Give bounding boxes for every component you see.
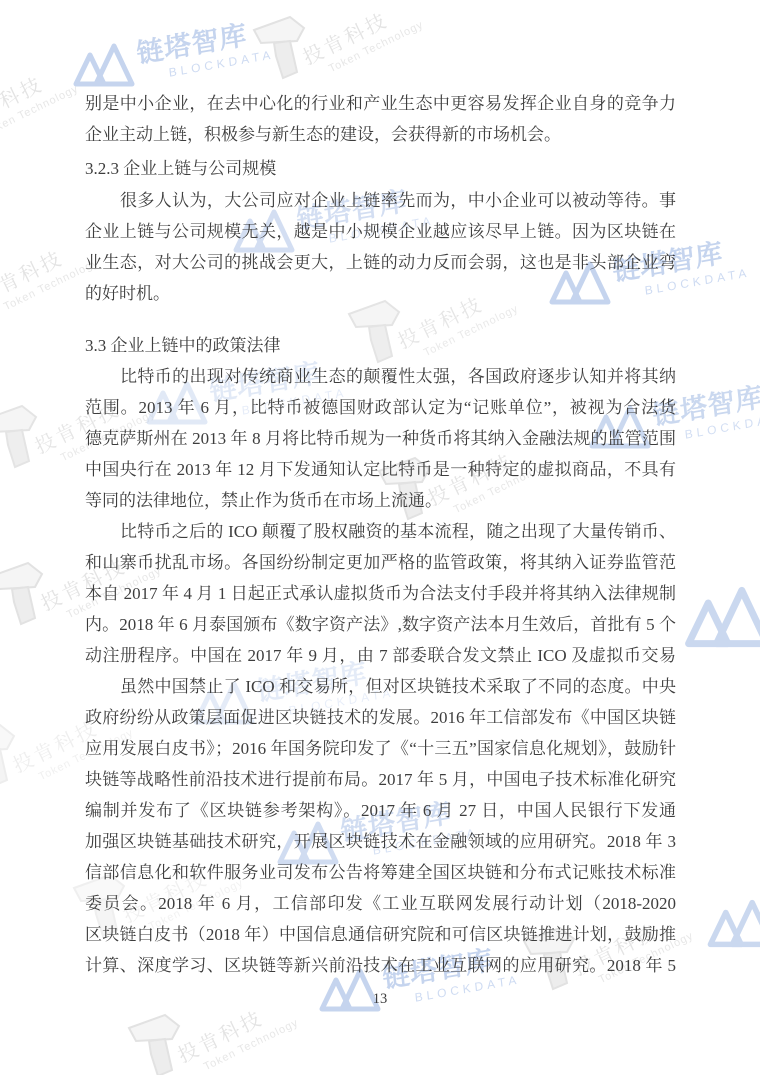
- watermark-blockdata: 链塔智库 BLOCKDATA: [683, 568, 760, 649]
- text-line: 很多人认为，大公司应对企业上链率先而为，中小企业可以被动等待。事实上，: [85, 185, 676, 216]
- watermark-token-en: Token Technology: [202, 1017, 301, 1073]
- paragraph-ico-policy: 比特币之后的 ICO 颠覆了股权融资的基本流程，随之出现了大量传销币、空气币 和…: [85, 516, 676, 671]
- text-line: 政府纷纷从政策层面促进区块链技术的发展。2016 年工信部发布《中国区块链技术和: [85, 702, 676, 733]
- token-logo-icon: [0, 403, 44, 469]
- text-line: 信部信息化和软件服务业司发布公告将筹建全国区块链和分布式记账技术标准化技术: [85, 857, 676, 888]
- token-logo-icon: [0, 722, 22, 788]
- text-line: 业生态，对大公司的挑战会更大，上链的动力反而会弱，这也是非头部企业弯道超越: [85, 247, 676, 278]
- paragraph-bitcoin-policy: 比特币的出现对传统商业生态的颠覆性太强，各国政府逐步认知并将其纳入监管 范围。2…: [85, 361, 676, 516]
- paragraph-china-blockchain-policy: 虽然中国禁止了 ICO 和交易所，但对区块链技术采取了不同的态度。中央及各级 政…: [85, 671, 676, 981]
- watermark-blockdata: 链塔智库 BLOCKDATA: [706, 885, 760, 949]
- text-line: 应用发展白皮书》；2016 年国务院印发了《“十三五”国家信息化规划》，鼓励针对…: [85, 733, 676, 764]
- heading-text: 3.2.3 企业上链与公司规模: [85, 153, 676, 184]
- watermark-blockdata: 链塔智库 BLOCKDATA: [72, 30, 277, 88]
- text-line: 编制并发布了《区块链参考架构》。2017 年 6 月 27 日，中国人民银行下发…: [85, 795, 676, 826]
- section-heading-323: 3.2.3 企业上链与公司规模: [85, 153, 676, 184]
- watermark-token-technology: 投肯科技 Token Technology: [250, 14, 438, 83]
- text-line: 别是中小企业，在去中心化的行业和产业生态中更容易发挥企业自身的竞争力优势。: [85, 88, 676, 119]
- paragraph-company-scale: 很多人认为，大公司应对企业上链率先而为，中小企业可以被动等待。事实上， 企业上链…: [85, 185, 676, 309]
- text-line: 比特币之后的 ICO 颠覆了股权融资的基本流程，随之出现了大量传销币、空气币: [85, 516, 676, 547]
- page-number: 13: [0, 991, 760, 1008]
- text-line: 的好时机。: [85, 278, 676, 309]
- text-line: 动注册程序。中国在 2017 年 9 月，由 7 部委联合发文禁止 ICO 及虚…: [85, 640, 676, 671]
- token-logo-icon: [125, 1012, 187, 1075]
- watermark-token-en: Token Technology: [327, 19, 426, 75]
- text-line: 虽然中国禁止了 ICO 和交易所，但对区块链技术采取了不同的态度。中央及各级: [85, 671, 676, 702]
- blockdata-logo-icon: [72, 40, 138, 88]
- text-line: 区块链白皮书（2018 年）中国信息通信研究院和可信区块链推进计划，鼓励推进边缘: [85, 919, 676, 950]
- watermark-token-cn: 投肯科技: [0, 55, 74, 134]
- watermark-blockdata-en: BLOCKDATA: [168, 47, 275, 80]
- text-line: 委员会。2018 年 6 月，工信部印发《工业互联网发展行动计划（2018-20…: [85, 888, 676, 919]
- heading-text: 3.3 企业上链中的政策法律: [85, 330, 676, 361]
- text-line: 和山寨币扰乱市场。各国纷纷制定更加严格的监管政策，将其纳入证券监管范畴。日: [85, 547, 676, 578]
- blockdata-logo-icon: [706, 896, 760, 949]
- token-logo-icon: [0, 560, 50, 626]
- text-line: 企业主动上链，积极参与新生态的建设，会获得新的市场机会。: [85, 119, 676, 150]
- text-line: 范围。2013 年 6 月，比特币被德国财政部认定为“记账单位”，被视为合法货币…: [85, 392, 676, 423]
- text-line: 计算、深度学习、区块链等新兴前沿技术在工业互联网的应用研究。2018 年 5 月…: [85, 950, 676, 981]
- watermark-token-en: Token Technology: [0, 83, 81, 139]
- watermark-blockdata-cn: 链塔智库: [134, 8, 273, 71]
- watermark-token-cn: 投肯科技: [0, 229, 94, 308]
- text-line: 加强区块链基础技术研究，开展区块链技术在金融领域的应用研究。2018 年 3 月…: [85, 826, 676, 857]
- text-line: 企业上链与公司规模无关，越是中小规模企业越应该尽早上链。因为区块链在改变商: [85, 216, 676, 247]
- token-logo-icon: [250, 14, 312, 80]
- section-heading-33: 3.3 企业上链中的政策法律: [85, 330, 676, 361]
- watermark-token-cn: 投肯科技: [297, 0, 419, 70]
- blockdata-logo-icon: [683, 582, 760, 649]
- text-line: 内。2018 年 6 月泰国颁布《数字资产法》,数字资产法本月生效后，首批有 5…: [85, 609, 676, 640]
- watermark-token-technology: 投肯科技 Token Technology: [0, 78, 93, 147]
- text-line: 德克萨斯州在 2013 年 8 月将比特币规为一种货币将其纳入金融法规的监管范围…: [85, 423, 676, 454]
- document-page: 投肯科技 Token Technology 投肯科技 Token Technol…: [0, 0, 760, 1075]
- text-line: 中国央行在 2013 年 12 月下发通知认定比特币是一种特定的虚拟商品，不具有…: [85, 454, 676, 485]
- text-line: 等同的法律地位，禁止作为货币在市场上流通。: [85, 485, 676, 516]
- watermark-token-technology: 投肯科技 Token Technology: [125, 1012, 313, 1075]
- text-line: 比特币的出现对传统商业生态的颠覆性太强，各国政府逐步认知并将其纳入监管: [85, 361, 676, 392]
- watermark-blockdata-en: BLOCKDATA: [684, 409, 760, 442]
- paragraph-continuation: 别是中小企业，在去中心化的行业和产业生态中更容易发挥企业自身的竞争力优势。 企业…: [85, 88, 676, 150]
- text-line: 本自 2017 年 4 月 1 日起正式承认虚拟货币为合法支付手段并将其纳入法律…: [85, 578, 676, 609]
- text-line: 块链等战略性前沿技术进行提前布局。2017 年 5 月，中国电子技术标准化研究院…: [85, 764, 676, 795]
